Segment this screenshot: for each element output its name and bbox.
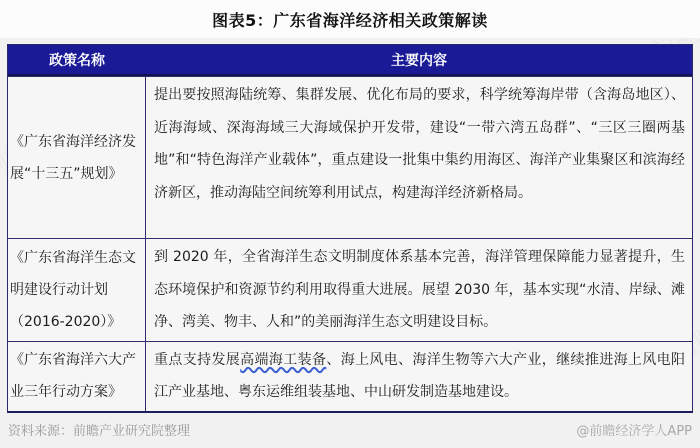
policy-table: 政策名称 主要内容 《广东省海洋经济发展“十三五”规划》 提出要按照海陆统筹、集… — [7, 44, 693, 413]
policy-content-cell: 到 2020 年，全省海洋生态文明制度体系基本完善，海洋管理保障能力显著提升，生… — [146, 239, 692, 341]
page-title: 图表5：广东省海洋经济相关政策解读 — [212, 8, 488, 31]
policy-content-text: 提出要按照海陆统筹、集群发展、优化布局的要求，科学统筹海岸带（含海岛地区）、近海… — [154, 87, 685, 201]
policy-name-text: 《广东省海洋生态文明建设行动计划（2016-2020）》 — [10, 242, 143, 338]
data-source-note: 资料来源：前瞻产业研究院整理 — [8, 420, 190, 439]
title-band: 图表5：广东省海洋经济相关政策解读 — [0, 0, 700, 38]
brand-attribution: @前瞻经济学人APP — [576, 420, 692, 439]
figure-page: 前瞻产业研究院 前瞻产业研究院 前瞻产业研究院 前瞻产业研究院 前瞻产业研究院 … — [0, 0, 700, 448]
policy-name-cell: 《广东省海洋生态文明建设行动计划（2016-2020）》 — [8, 239, 146, 341]
policy-name-text: 《广东省海洋六大产业三年行动方案》 — [10, 344, 143, 408]
table-row: 《广东省海洋生态文明建设行动计划（2016-2020）》 到 2020 年，全省… — [8, 238, 692, 341]
policy-name-cell: 《广东省海洋经济发展“十三五”规划》 — [8, 77, 146, 238]
policy-name-text: 《广东省海洋经济发展“十三五”规划》 — [10, 126, 143, 190]
inline-link-offshore-equipment[interactable]: 高端海工装备 — [240, 352, 326, 368]
policy-content-text: 到 2020 年，全省海洋生态文明制度体系基本完善，海洋管理保障能力显著提升，生… — [154, 249, 685, 330]
table-row: 《广东省海洋经济发展“十三五”规划》 提出要按照海陆统筹、集群发展、优化布局的要… — [8, 76, 692, 238]
footer: 资料来源：前瞻产业研究院整理 @前瞻经济学人APP — [0, 414, 700, 444]
policy-content-cell: 提出要按照海陆统筹、集群发展、优化布局的要求，科学统筹海岸带（含海岛地区）、近海… — [146, 77, 692, 238]
column-header-policy-name: 政策名称 — [8, 50, 146, 70]
column-header-main-content: 主要内容 — [146, 50, 692, 70]
table-row: 《广东省海洋六大产业三年行动方案》 重点支持发展高端海工装备、海上风电、海洋生物… — [8, 341, 692, 411]
policy-content-cell: 重点支持发展高端海工装备、海上风电、海洋生物等六大产业，继续推进海上风电阳江产业… — [146, 342, 692, 411]
table-header-row: 政策名称 主要内容 — [8, 45, 692, 76]
policy-name-cell: 《广东省海洋六大产业三年行动方案》 — [8, 342, 146, 411]
policy-content-text: 重点支持发展 — [154, 352, 240, 368]
